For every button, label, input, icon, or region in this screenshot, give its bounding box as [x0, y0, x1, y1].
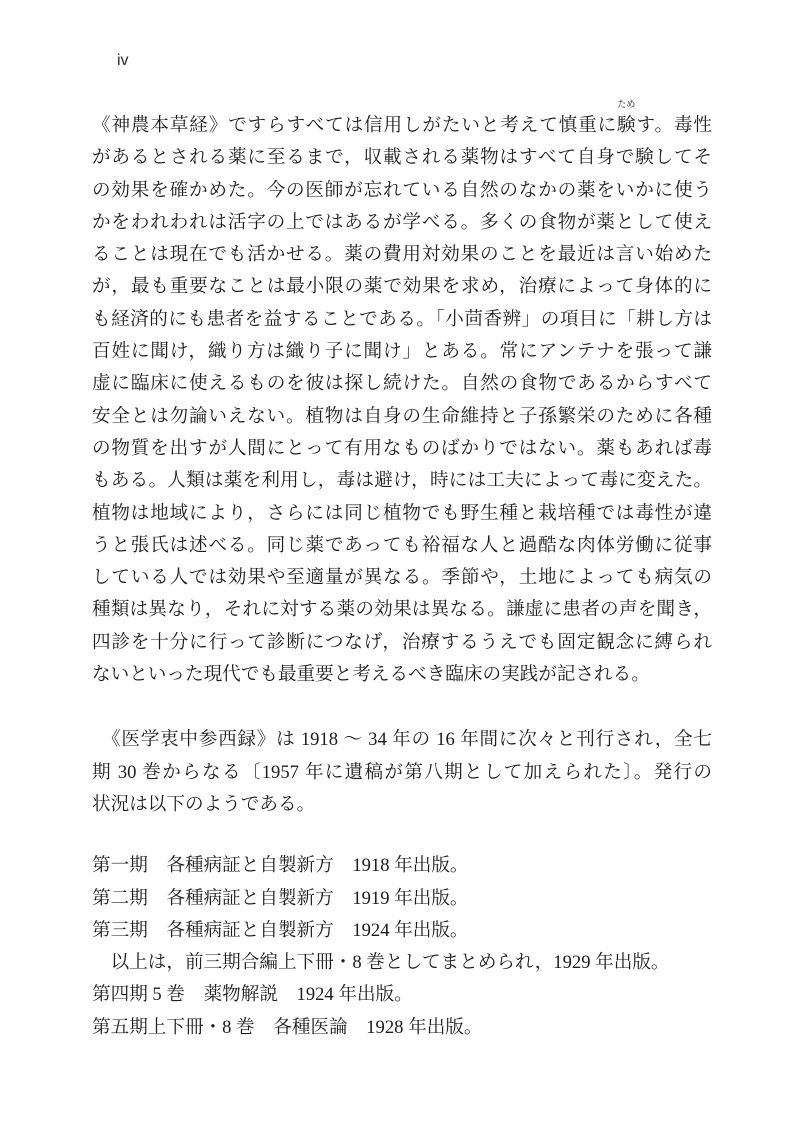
text-line: 《神農本草経》ですらすべては信用しがたいと考えて慎重にため験す。毒性: [92, 110, 712, 142]
text-line: 植物は地域により，さらには同じ植物でも野生種と栽培種では毒性が違: [92, 498, 712, 530]
page-body: 《神農本草経》ですらすべては信用しがたいと考えて慎重にため験す。毒性 があるとさ…: [92, 110, 712, 1044]
text-line: もある。人類は薬を利用し，毒は避け，時には工夫によって毒に変えた。: [92, 465, 712, 497]
page-number: iv: [117, 52, 129, 70]
paragraph-2: 《医学衷中参西録》は 1918 〜 34 年の 16 年間に次々と刊行され，全七…: [92, 724, 712, 821]
text-line: 安全とは勿論いえない。植物は自身の生命維持と子孫繁栄のために各種: [92, 401, 712, 433]
text-line: も経済的にも患者を益することである。「小茴香辨」の項目に「耕し方は: [92, 304, 712, 336]
text-line: 百姓に聞け，織り方は織り子に聞け」とある。常にアンテナを張って謙: [92, 336, 712, 368]
line1-suffix: す。毒性: [636, 115, 712, 136]
list-line: 第五期上下冊・8 巻 各種医論 1928 年出版。: [92, 1012, 712, 1044]
text-line: 四診を十分に行って診断につなげ，治療するうえでも固定観念に縛られ: [92, 627, 712, 659]
text-line: かをわれわれは活字の上ではあるが学べる。多くの食物が薬として使え: [92, 207, 712, 239]
text-line: 種類は異なり，それに対する薬の効果は異なる。謙虚に患者の声を聞き，: [92, 594, 712, 626]
text-line: している人では効果や至適量が異なる。季節や，土地によっても病気の: [92, 562, 712, 594]
list-line: 第二期 各種病証と自製新方 1919 年出版。: [92, 883, 712, 915]
text-line: の効果を確かめた。今の医師が忘れている自然のなかの薬をいかに使う: [92, 175, 712, 207]
text-line: ることは現在でも活かせる。薬の費用対効果のことを最近は言い始めた: [92, 239, 712, 271]
ruby-base: 験: [617, 115, 636, 136]
text-line: 虚に臨床に使えるものを彼は探し続けた。自然の食物であるからすべて: [92, 368, 712, 400]
text-line: 状況は以下のようである。: [92, 789, 712, 821]
ruby-annotation: ため験: [617, 110, 636, 142]
text-line: が，最も重要なことは最小限の薬で効果を求め，治療によって身体的に: [92, 271, 712, 303]
text-line: うと張氏は述べる。同じ薬であっても裕福な人と過酷な肉体労働に従事: [92, 530, 712, 562]
ruby-text: ため: [617, 100, 635, 109]
list-line: 以上は，前三期合編上下冊・8 巻としてまとめられ，1929 年出版。: [92, 947, 712, 979]
text-line: ないといった現代でも最重要と考えるべき臨床の実践が記される。: [92, 659, 712, 691]
list-line: 第三期 各種病証と自製新方 1924 年出版。: [92, 915, 712, 947]
list-line: 第一期 各種病証と自製新方 1918 年出版。: [92, 850, 712, 882]
text-line: 期 30 巻からなる〔1957 年に遺稿が第八期として加えられた〕。発行の: [92, 757, 712, 789]
paragraph-1: 《神農本草経》ですらすべては信用しがたいと考えて慎重にため験す。毒性 があるとさ…: [92, 110, 712, 691]
line1-prefix: 《神農本草経》ですらすべては信用しがたいと考えて慎重に: [92, 115, 617, 136]
text-line: があるとされる薬に至るまで，収載される薬物はすべて自身で験してそ: [92, 142, 712, 174]
text-line: の物質を出すが人間にとって有用なものばかりではない。薬もあれば毒: [92, 433, 712, 465]
list-line: 第四期 5 巻 薬物解説 1924 年出版。: [92, 979, 712, 1011]
text-line: 《医学衷中参西録》は 1918 〜 34 年の 16 年間に次々と刊行され，全七: [92, 724, 712, 756]
publication-list: 第一期 各種病証と自製新方 1918 年出版。 第二期 各種病証と自製新方 19…: [92, 850, 712, 1044]
